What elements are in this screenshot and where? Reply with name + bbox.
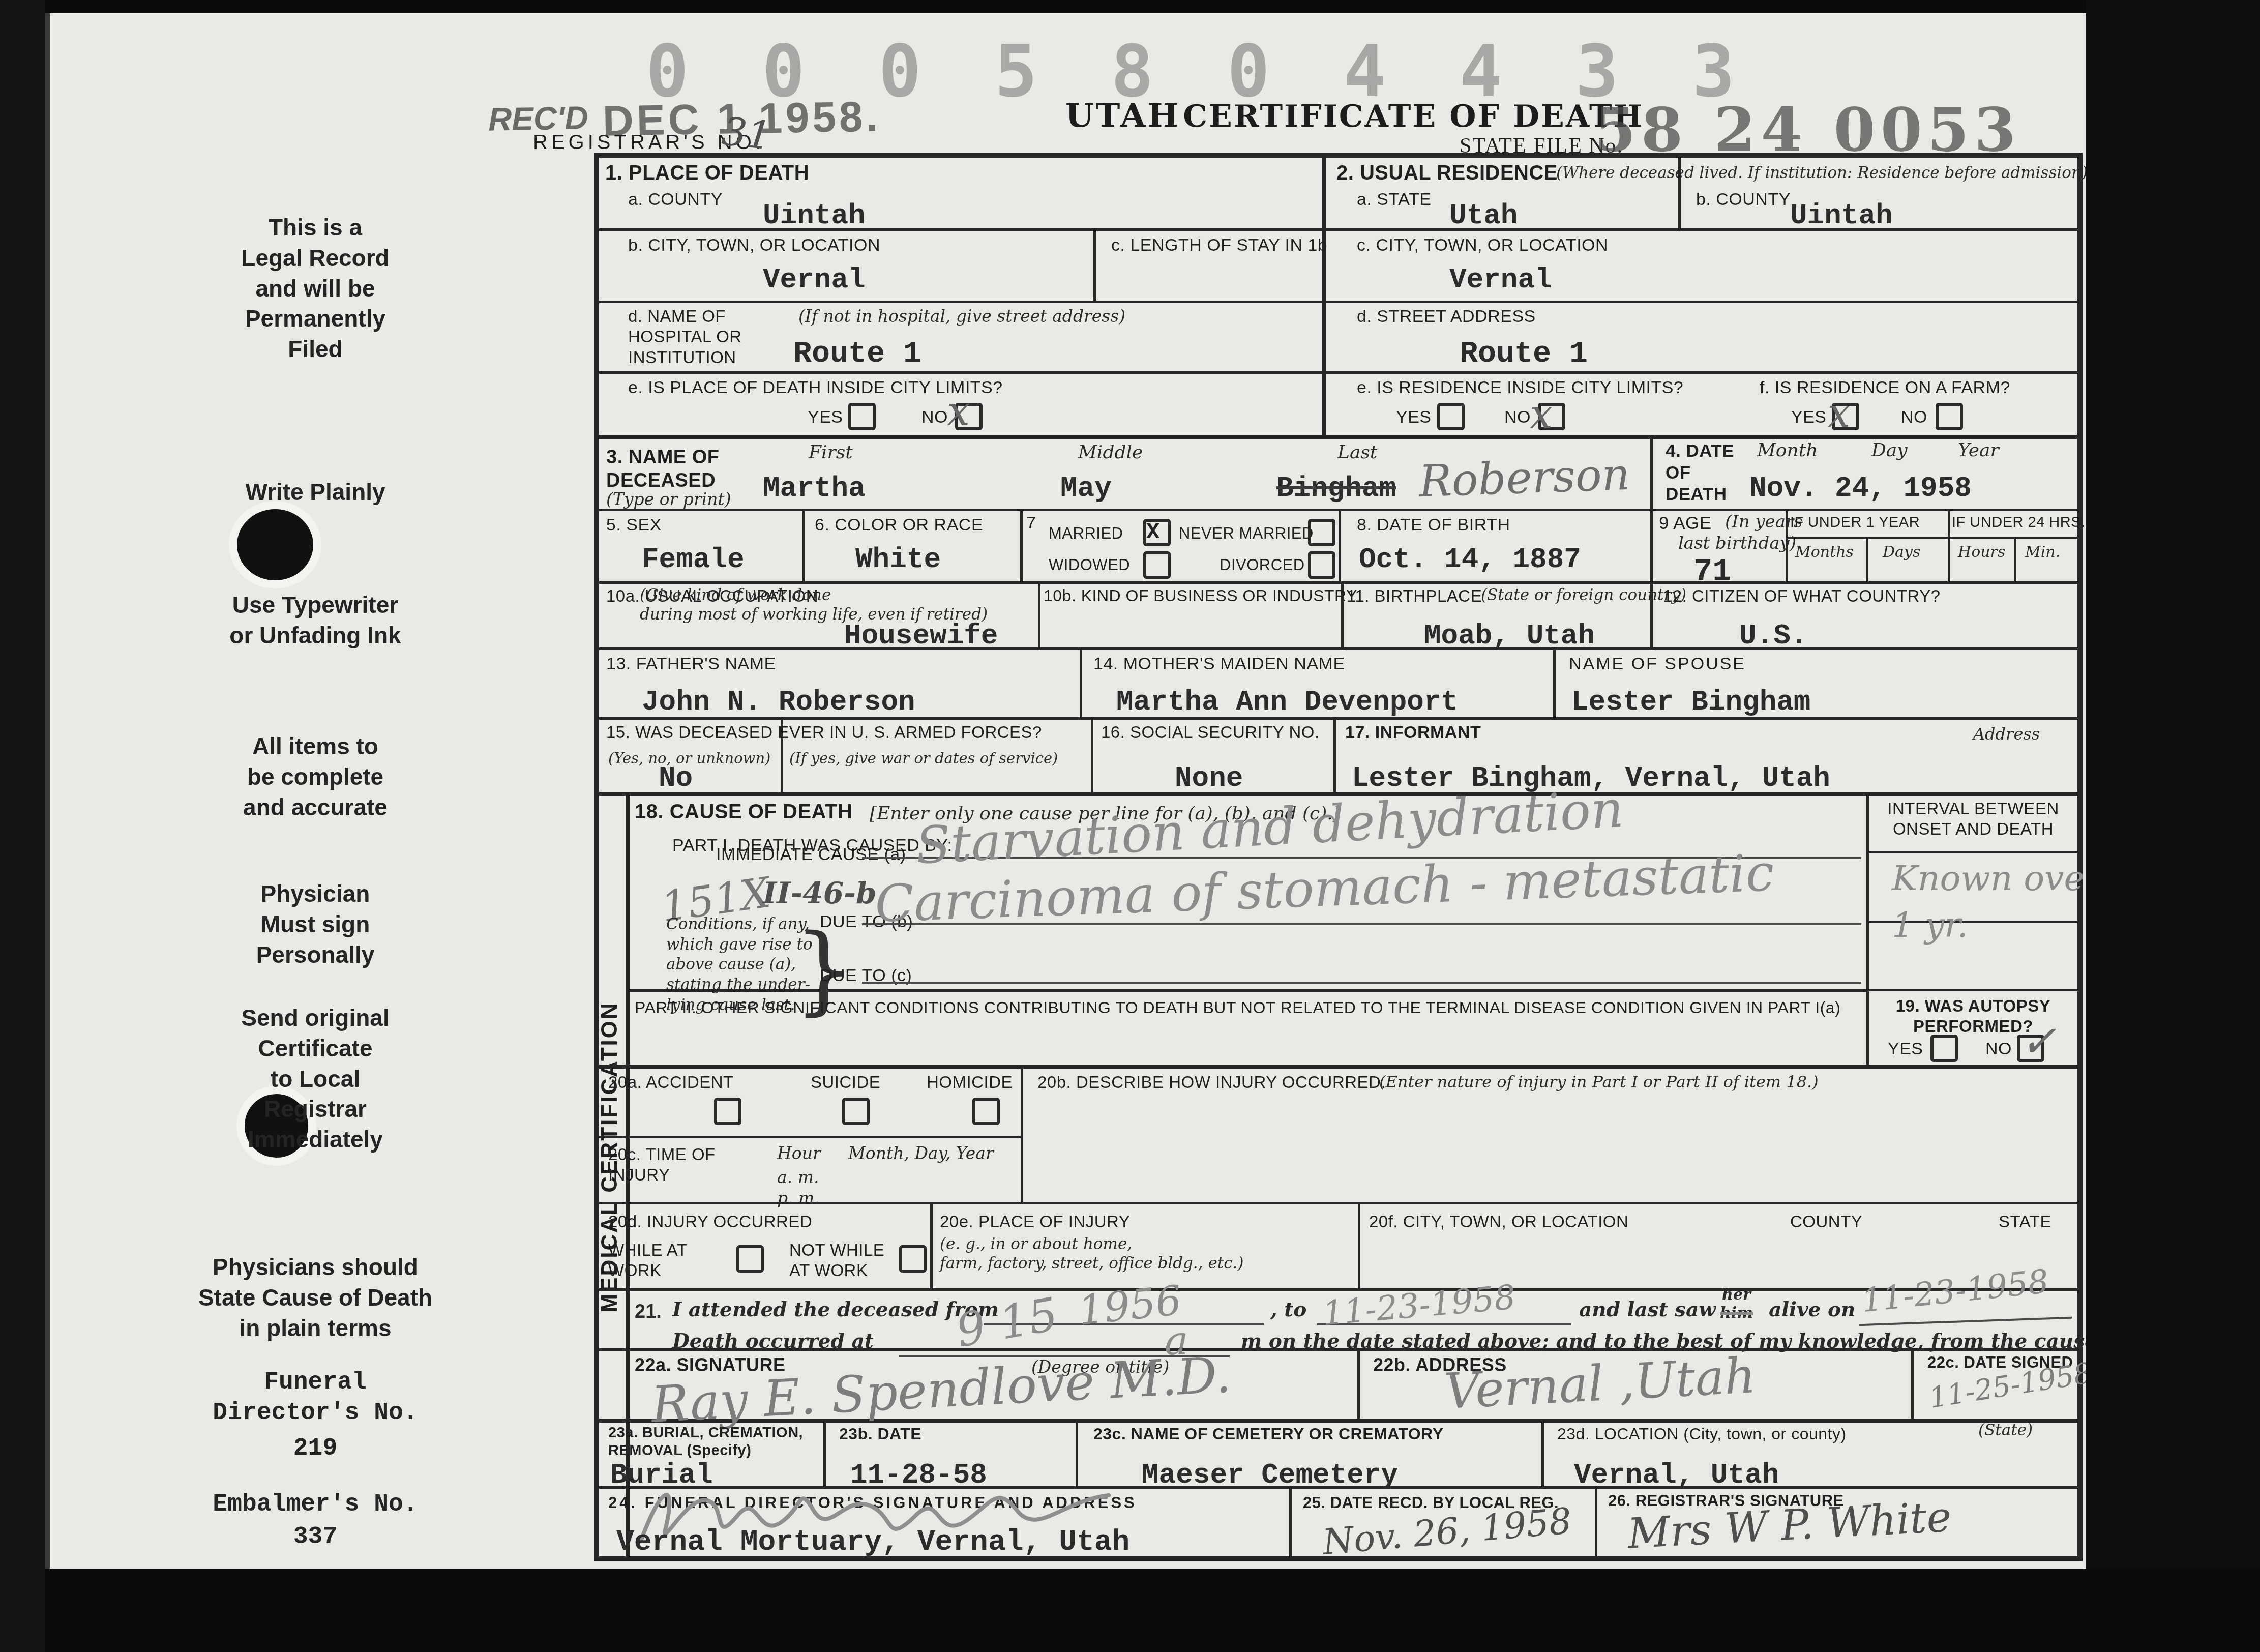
s20f-label: 20f. CITY, TOWN, OR LOCATION <box>1369 1212 1628 1232</box>
s1c-label: c. LENGTH OF STAY IN 1b <box>1111 235 1327 256</box>
s18-code-ii46b: II-46-b <box>763 876 877 910</box>
s24-value: Vernal Mortuary, Vernal, Utah <box>616 1526 1129 1559</box>
s11-hint: (State or foreign country) <box>1481 586 1686 605</box>
s21-her: her <box>1720 1286 1753 1304</box>
note-plain-terms: Physicians should State Cause of Death i… <box>66 1252 564 1343</box>
s16-value: None <box>1175 762 1243 794</box>
s4-value: Nov. 24, 1958 <box>1749 472 1972 505</box>
s2f-label: f. IS RESIDENCE ON A FARM? <box>1760 377 2010 398</box>
s9-min-label: Min. <box>2025 543 2060 562</box>
s3-last-header: Last <box>1337 441 1377 464</box>
s2e-yes-label: YES <box>1396 407 1432 428</box>
s9-hours-label: Hours <box>1958 543 2005 562</box>
s2f-yes-xmark: x <box>1828 391 1850 436</box>
scanned-death-certificate: 0 0 0 5 8 0 4 4 3 3 REC'D DEC 1 1958. RE… <box>0 0 2260 1652</box>
s20b-label: 20b. DESCRIBE HOW INJURY OCCURRED. <box>1037 1072 1386 1093</box>
s2b-value: Uintah <box>1790 199 1893 232</box>
s13-label: 13. FATHER'S NAME <box>606 654 776 674</box>
s20f-county-label: COUNTY <box>1790 1212 1862 1232</box>
s3-first-value: Martha <box>763 472 866 505</box>
s2a-label: a. STATE <box>1357 189 1431 210</box>
s2e-yes-checkbox[interactable] <box>1437 403 1465 430</box>
s21-to-text: , to <box>1270 1298 1306 1322</box>
note-complete: All items to be complete and accurate <box>66 731 564 822</box>
s23b-label: 23b. DATE <box>839 1424 921 1444</box>
s21-aliveon-text: alive on <box>1769 1298 1855 1322</box>
s21-attended-text: I attended the deceased from <box>672 1298 999 1322</box>
s3-first-header: First <box>809 441 853 464</box>
s12-value: U.S. <box>1739 619 1807 652</box>
s20d-notwhile-checkbox[interactable] <box>899 1245 927 1273</box>
s4-year-header: Year <box>1958 439 1999 462</box>
scan-edge-top <box>0 0 2260 13</box>
s19-yes-checkbox[interactable] <box>1930 1035 1958 1062</box>
s3-hint: (Type or print) <box>606 489 731 510</box>
s2-title: 2. USUAL RESIDENCE <box>1336 161 1558 186</box>
s20e-hint: (e. g., in or about home, farm, factory,… <box>940 1235 1244 1274</box>
note-physician-sign: Physician Must sign Personally <box>66 879 564 970</box>
s18-interval-label: INTERVAL BETWEEN ONSET AND DEATH <box>1869 799 2077 840</box>
s20e-label: 20e. PLACE OF INJURY <box>940 1212 1130 1232</box>
s7-widowed-label: WIDOWED <box>1049 555 1130 575</box>
s3-middle-value: May <box>1060 472 1112 505</box>
scan-edge-right <box>2086 0 2260 1652</box>
s1e-no-xmark: x <box>947 388 970 435</box>
s7-divorced-checkbox[interactable] <box>1308 551 1335 579</box>
punch-hole-top <box>229 501 321 588</box>
s1a-label: a. COUNTY <box>628 189 723 210</box>
s19-yes-label: YES <box>1888 1039 1923 1059</box>
title-state: UTAH <box>1065 97 1180 135</box>
s7-never-married-checkbox[interactable] <box>1308 519 1335 546</box>
s18-part2-label: PART II. OTHER SIGNIFICANT CONDITIONS CO… <box>635 998 1855 1018</box>
s18-interval-value: Known over 1 yr. <box>1892 855 2101 949</box>
s1-title: 1. PLACE OF DEATH <box>605 161 809 186</box>
s23a-label: 23a. BURIAL, CREMATION, REMOVAL (Specify… <box>608 1424 803 1460</box>
s23c-label: 23c. NAME OF CEMETERY OR CREMATORY <box>1093 1424 1444 1444</box>
s4-label: 4. DATE OF DEATH <box>1666 440 1734 506</box>
scan-edge-left <box>0 0 45 1652</box>
s15-value: No <box>659 762 693 794</box>
s7-never-married-label: NEVER MARRIED <box>1179 524 1314 543</box>
s12-label: 12. CITIZEN OF WHAT COUNTRY? <box>1663 586 1941 606</box>
s1d-hint: (If not in hospital, give street address… <box>798 306 1125 327</box>
s21-death-at-text: Death occurred at <box>672 1330 874 1354</box>
embalmer-no-value: 337 <box>66 1522 564 1552</box>
s7-married-xmark: X <box>1146 520 1159 545</box>
s2c-value: Vernal <box>1449 263 1552 296</box>
s18-immediate-label: IMMEDIATE CAUSE (a) <box>716 844 906 865</box>
s20c-pm-label: p. m. <box>777 1188 820 1208</box>
s20d-while-checkbox[interactable] <box>736 1245 764 1273</box>
s15-label: 15. WAS DECEASED EVER IN U. S. ARMED FOR… <box>606 722 1042 743</box>
s20d-while-label: WHILE AT WORK <box>608 1240 688 1281</box>
s4-day-header: Day <box>1871 439 1908 462</box>
s20c-hour-label: Hour <box>777 1143 821 1164</box>
s9-value: 71 <box>1693 553 1731 589</box>
s7-married-label: MARRIED <box>1049 524 1123 543</box>
s21-him-struck: him <box>1720 1304 1753 1322</box>
s5-label: 5. SEX <box>606 515 662 536</box>
s2d-value: Route 1 <box>1460 337 1588 371</box>
s21-num: 21. <box>635 1300 662 1323</box>
s9-months-label: Months <box>1795 543 1854 562</box>
s2f-no-label: NO <box>1901 407 1927 428</box>
s2d-label: d. STREET ADDRESS <box>1357 306 1536 327</box>
s1e-no-label: NO <box>921 407 948 428</box>
s23c-value: Maeser Cemetery <box>1142 1459 1398 1491</box>
s9-hint2: last birthday) <box>1678 533 1796 554</box>
s15-hint2: (If yes, give war or dates of service) <box>789 750 1058 768</box>
s21-her-him: her him <box>1720 1286 1753 1322</box>
s16-label: 16. SOCIAL SECURITY NO. <box>1101 722 1320 743</box>
s23d-label: 23d. LOCATION (City, town, or county) <box>1557 1424 1847 1444</box>
s20f-state-label: STATE <box>1999 1212 2051 1232</box>
s19-no-checkmark: ✓ <box>2020 1016 2057 1067</box>
spouse-value: Lester Bingham <box>1571 686 1810 718</box>
s9-under24-label: IF UNDER 24 HRS. <box>1952 514 2086 532</box>
s8-value: Oct. 14, 1887 <box>1359 543 1581 576</box>
s3-last-handwritten: Roberson <box>1418 449 1630 507</box>
s23d-state-label: (State) <box>1978 1421 2033 1440</box>
s6-label: 6. COLOR OR RACE <box>815 515 983 536</box>
s11-value: Moab, Utah <box>1424 619 1595 652</box>
s11-label: 11. BIRTHPLACE <box>1347 586 1482 606</box>
s3-middle-header: Middle <box>1078 441 1143 464</box>
note-legal-record: This is a Legal Record and will be Perma… <box>66 213 564 365</box>
s3-last-typed-struck: Bingham <box>1276 472 1396 505</box>
s1a-value: Uintah <box>763 199 866 232</box>
s1b-value: Vernal <box>763 263 866 296</box>
title-main: CERTIFICATE OF DEATH <box>1183 99 1644 134</box>
funeral-director-no-label: Funeral Director's No. <box>66 1367 564 1428</box>
s3-label: 3. NAME OF DECEASED <box>606 446 719 493</box>
s20c-mdy-label: Month, Day, Year <box>848 1143 994 1164</box>
s13-value: John N. Roberson <box>642 686 915 718</box>
s20c-am-label: a. m. <box>777 1167 819 1188</box>
s17-address-label: Address <box>1973 724 2040 744</box>
funeral-director-no-value: 219 <box>66 1433 564 1464</box>
s2b-label: b. COUNTY <box>1696 189 1791 210</box>
spouse-label: NAME OF SPOUSE <box>1569 654 1746 674</box>
s20c-label: 20c. TIME OF INJURY <box>608 1144 716 1186</box>
s2e-label: e. IS RESIDENCE INSIDE CITY LIMITS? <box>1357 377 1683 398</box>
embalmer-no-label: Embalmer's No. <box>66 1489 564 1520</box>
s14-value: Martha Ann Devenport <box>1116 686 1458 718</box>
registrar-no-value: 31 <box>720 108 774 159</box>
s9-days-label: Days <box>1883 543 1920 562</box>
s2f-no-checkbox[interactable] <box>1936 403 1963 430</box>
s20d-label: 20d. INJURY OCCURRED <box>608 1212 812 1232</box>
s2e-no-label: NO <box>1504 407 1531 428</box>
s2a-value: Utah <box>1449 199 1518 232</box>
s7-num: 7 <box>1026 513 1036 534</box>
page-title: UTAH CERTIFICATE OF DEATH <box>1065 97 1644 135</box>
s20a-homicide-checkbox[interactable] <box>972 1098 1000 1125</box>
note-typewriter: Use Typewriter or Unfading Ink <box>66 590 564 651</box>
s20a-accident-checkbox[interactable] <box>714 1098 741 1125</box>
cause-c-line <box>862 982 1861 984</box>
s19-no-label: NO <box>1985 1039 2012 1059</box>
s20b-hint: (Enter nature of injury in Part I or Par… <box>1379 1072 1819 1092</box>
s1b-label: b. CITY, TOWN, OR LOCATION <box>628 235 880 256</box>
s8-label: 8. DATE OF BIRTH <box>1357 515 1510 536</box>
note-write-plainly: Write Plainly <box>66 477 564 508</box>
s2e-no-xmark: x <box>1530 391 1553 438</box>
s20a-suicide-checkbox[interactable] <box>842 1098 870 1125</box>
s7-widowed-checkbox[interactable] <box>1143 551 1171 579</box>
s23d-value: Vernal, Utah <box>1574 1459 1779 1491</box>
s2-title-hint: (Where deceased lived. If institution: R… <box>1556 164 2088 183</box>
s10b-label: 10b. KIND OF BUSINESS OR INDUSTRY <box>1044 586 1357 606</box>
s6-value: White <box>855 543 941 576</box>
s1e-yes-label: YES <box>808 407 843 428</box>
s20d-notwhile-label: NOT WHILE AT WORK <box>789 1240 884 1281</box>
s1e-yes-checkbox[interactable] <box>848 403 876 430</box>
s10a-value: Housewife <box>844 619 998 652</box>
s20a-suicide-label: SUICIDE <box>811 1072 880 1093</box>
s20a-label: 20a. ACCIDENT <box>608 1072 734 1093</box>
s1d-label: d. NAME OF HOSPITAL OR INSTITUTION <box>628 306 742 368</box>
s10a-hint: (Give kind of work done during most of w… <box>640 586 988 625</box>
s14-label: 14. MOTHER'S MAIDEN NAME <box>1093 654 1345 674</box>
s9-label: 9 AGE <box>1659 513 1712 535</box>
s5-value: Female <box>642 543 745 576</box>
note-send-original: Send original Certificate to Local Regis… <box>66 1003 564 1155</box>
s17-label: 17. INFORMANT <box>1345 722 1481 743</box>
s2f-yes-label: YES <box>1791 407 1827 428</box>
s1d-value: Route 1 <box>793 337 921 371</box>
s9-under1yr-label: IF UNDER 1 YEAR <box>1790 514 1920 532</box>
s21-lastsaw-text: and last saw <box>1579 1298 1716 1322</box>
scan-edge-bottom <box>0 1569 2260 1652</box>
s18-title: 18. CAUSE OF DEATH <box>635 800 852 824</box>
s20a-homicide-label: HOMICIDE <box>927 1072 1013 1093</box>
s4-month-header: Month <box>1757 439 1818 462</box>
s7-divorced-label: DIVORCED <box>1220 555 1305 575</box>
s2c-label: c. CITY, TOWN, OR LOCATION <box>1357 235 1608 256</box>
